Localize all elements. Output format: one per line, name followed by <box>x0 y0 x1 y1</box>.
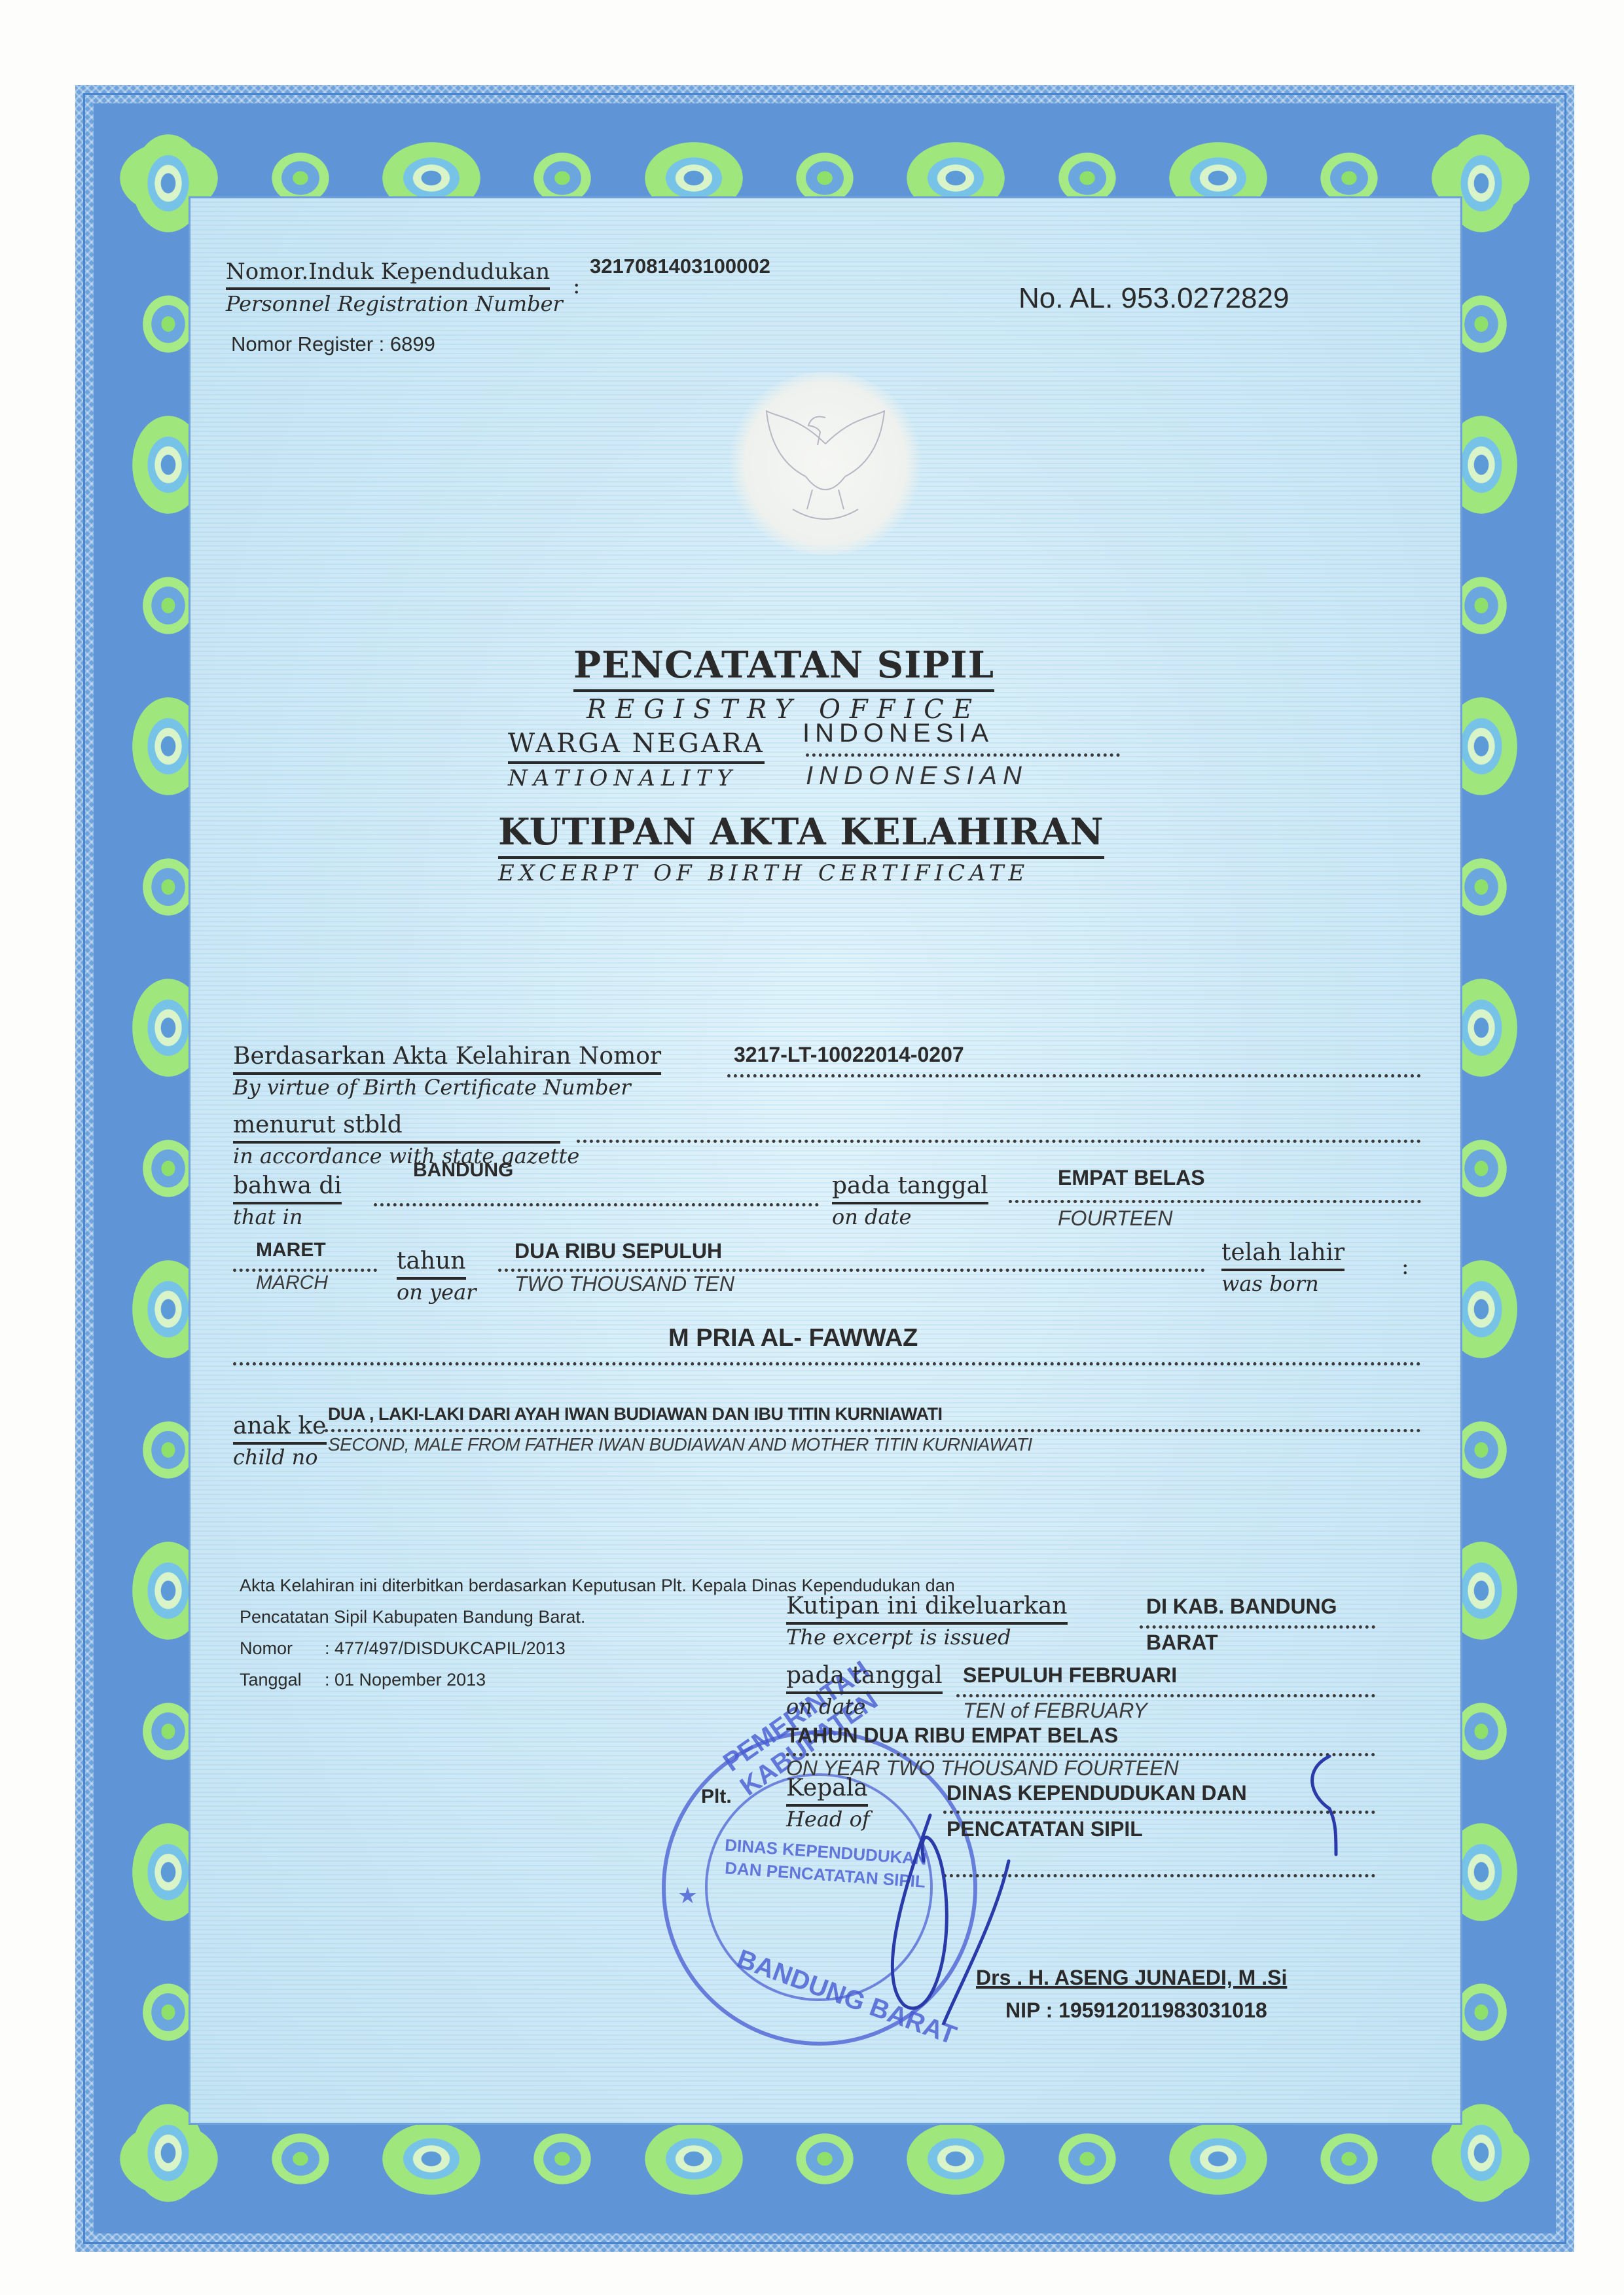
year-label-block: tahun on year <box>397 1248 476 1305</box>
issued-label: Kutipan ini dikeluarkan <box>786 1593 1068 1625</box>
nationality-value-en: INDONESIAN <box>806 761 1028 791</box>
office-title: PENCATATAN SIPIL <box>573 643 994 692</box>
issued-date-value-en: TEN of FEBRUARY <box>963 1699 1147 1723</box>
ornament-ring-icon <box>271 2133 330 2185</box>
cert-number-dotline <box>727 1074 1421 1077</box>
document-title-en: EXCERPT OF BIRTH CERTIFICATE <box>498 860 1104 886</box>
ornament-medallion-icon <box>645 2123 743 2195</box>
stbld-label-block: menurut stbld in accordance with state g… <box>233 1111 579 1168</box>
signatory-nip: NIP : 195912011983031018 <box>1005 1998 1267 2023</box>
ornament-medallion-icon <box>907 2123 1005 2195</box>
place-label: bahwa di <box>233 1172 342 1204</box>
stbld-label-en: in accordance with state gazette <box>233 1144 579 1168</box>
nationality-value: INDONESIA <box>803 719 994 748</box>
ornament-ring-icon <box>533 2133 592 2185</box>
serial-number: No. AL. 953.0272829 <box>1019 282 1289 315</box>
decree-number-value: : 477/497/DISDUKCAPIL/2013 <box>325 1638 566 1658</box>
plt-label: Plt. <box>701 1786 732 1808</box>
issued-value-1: DI KAB. BANDUNG <box>1146 1595 1337 1619</box>
year-label-en: on year <box>397 1280 476 1305</box>
nationality-label-block: WARGA NEGARA NATIONALITY <box>508 729 765 791</box>
child-name: M PRIA AL- FAWWAZ <box>668 1324 918 1352</box>
month-value-en: MARCH <box>256 1272 328 1294</box>
child-name-dotline <box>233 1362 1421 1365</box>
cert-number-label: Berdasarkan Akta Kelahiran Nomor <box>233 1043 661 1075</box>
document-title-block: KUTIPAN AKTA KELAHIRAN EXCERPT OF BIRTH … <box>498 810 1104 886</box>
ornament-ring-icon <box>1455 1702 1507 1761</box>
signatory-name: Drs . H. ASENG JUNAEDI, M .Si <box>976 1966 1287 1990</box>
issued-date-dotline <box>956 1694 1375 1697</box>
ornament-medallion-icon <box>382 2123 480 2195</box>
child-no-label-en: child no <box>233 1445 327 1470</box>
decree-date-value: : 01 Nopember 2013 <box>325 1670 486 1690</box>
stbld-dotline <box>577 1140 1421 1143</box>
ornament-ring-icon <box>142 1983 194 2042</box>
issued-dotline <box>1140 1625 1375 1629</box>
decree-number-label: Nomor <box>240 1633 325 1664</box>
place-value: BANDUNG <box>413 1159 513 1182</box>
issued-value-2: BARAT <box>1146 1631 1218 1655</box>
ornament-ring-icon <box>1455 1983 1507 2042</box>
nationality-label: WARGA NEGARA <box>508 729 765 764</box>
ornament-ring-icon <box>1455 1139 1507 1198</box>
ornament-ring-icon <box>795 2133 854 2185</box>
issued-label-en: The excerpt is issued <box>786 1625 1068 1650</box>
date-label: pada tanggal <box>832 1172 988 1204</box>
issued-date-label-en: on date <box>786 1694 943 1719</box>
born-label-en: was born <box>1221 1271 1344 1296</box>
cert-number-label-en: By virtue of Birth Certificate Number <box>233 1075 661 1100</box>
child-no-value-en: SECOND, MALE FROM FATHER IWAN BUDIAWAN A… <box>328 1434 1032 1455</box>
stamp-star-icon: ★ <box>679 1885 696 1907</box>
nik-value: 3217081403100002 <box>590 255 770 278</box>
ornament-ring-icon <box>1455 1420 1507 1479</box>
ornament-ring-icon <box>142 295 194 353</box>
nik-label: Nomor.Induk Kependudukan <box>226 259 550 290</box>
place-dotline <box>374 1203 819 1206</box>
ornament-ring-icon <box>142 1702 194 1761</box>
ornament-ring-icon <box>142 1420 194 1479</box>
year-value-en: TWO THOUSAND TEN <box>514 1272 734 1296</box>
certificate-body: Nomor.Induk Kependudukan : Personnel Reg… <box>189 196 1462 2125</box>
nik-label-en: Personnel Registration Number <box>226 291 563 316</box>
ornament-ring-icon <box>142 576 194 635</box>
nationality-dotline <box>806 753 1120 757</box>
date-value-en: FOURTEEN <box>1058 1206 1172 1231</box>
stbld-label: menurut stbld <box>233 1111 560 1144</box>
child-no-value: DUA , LAKI-LAKI DARI AYAH IWAN BUDIAWAN … <box>328 1404 942 1424</box>
garuda-emblem-icon <box>727 372 924 555</box>
ornament-ring-icon <box>1455 295 1507 353</box>
month-value: MARET <box>256 1239 326 1261</box>
born-label: telah lahir <box>1221 1239 1344 1271</box>
cert-number-label-block: Berdasarkan Akta Kelahiran Nomor By virt… <box>233 1043 661 1100</box>
date-dotline <box>1009 1200 1421 1203</box>
nik-colon: : <box>573 273 580 299</box>
ornament-ring-icon <box>1455 858 1507 916</box>
register-number: Nomor Register : 6899 <box>231 333 435 356</box>
issued-date-label: pada tanggal <box>786 1662 943 1694</box>
date-label-en: on date <box>832 1204 988 1229</box>
ornament-ring-icon <box>1455 576 1507 635</box>
year-value: DUA RIBU SEPULUH <box>514 1239 722 1263</box>
born-colon: : <box>1401 1254 1409 1280</box>
place-label-en: that in <box>233 1204 342 1229</box>
child-no-label-block: anak ke child no <box>233 1413 327 1470</box>
decree-date-label: Tanggal <box>240 1664 325 1695</box>
issued-label-block: Kutipan ini dikeluarkan The excerpt is i… <box>786 1593 1068 1650</box>
place-label-block: bahwa di that in <box>233 1172 342 1229</box>
issued-date-value: SEPULUH FEBRUARI <box>963 1663 1177 1688</box>
ornament-ring-icon <box>1058 2133 1117 2185</box>
document-title: KUTIPAN AKTA KELAHIRAN <box>498 810 1104 859</box>
office-title-block: PENCATATAN SIPIL REGISTRY OFFICE <box>573 643 994 725</box>
child-no-label: anak ke <box>233 1413 327 1445</box>
ornament-ring-icon <box>142 858 194 916</box>
date-label-block: pada tanggal on date <box>832 1172 988 1229</box>
nik-block: Nomor.Induk Kependudukan : Personnel Reg… <box>226 259 563 316</box>
ornament-ring-icon <box>1320 2133 1379 2185</box>
issued-date-label-block: pada tanggal on date <box>786 1662 943 1719</box>
cert-number-value: 3217-LT-10022014-0207 <box>734 1043 964 1067</box>
ornament-ring-icon <box>142 1139 194 1198</box>
date-value: EMPAT BELAS <box>1058 1166 1205 1190</box>
nationality-label-en: NATIONALITY <box>508 765 765 791</box>
ornament-medallion-icon <box>1169 2123 1267 2195</box>
year-label: tahun <box>397 1248 466 1280</box>
born-label-block: telah lahir was born <box>1221 1239 1344 1296</box>
child-no-dotline <box>325 1429 1421 1432</box>
